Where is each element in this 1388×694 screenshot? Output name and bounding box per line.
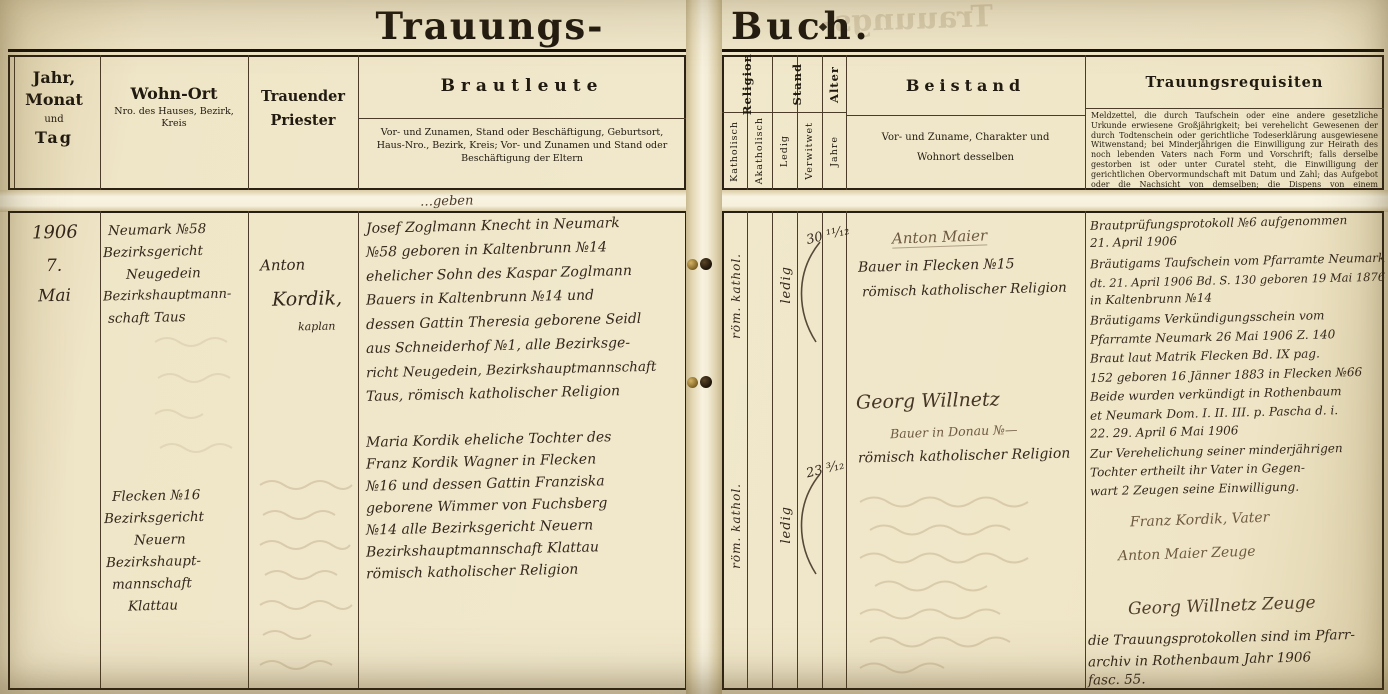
bride-line: römisch katholischer Religion (366, 562, 579, 583)
page-title-right: Buch. (731, 4, 872, 48)
header-alter: Alter (822, 57, 846, 112)
book-gutter (686, 0, 722, 694)
requisiten-line: et Neumark Dom. I. II. III. p. Pascha d.… (1090, 403, 1338, 423)
header-akatholisch: Akatholisch (747, 112, 772, 190)
beistand-subdivider (846, 115, 1085, 116)
brautleute-subdivider (358, 118, 686, 119)
pen-flourish (786, 468, 828, 580)
priest-name-line: kaplan (298, 320, 336, 334)
header-beistand-sub1: Vor- und Zuname, Charakter und (856, 132, 1075, 143)
requisiten-line: Zur Verehelichung seiner minderjährigen (1090, 441, 1343, 461)
witness1-signature: Anton Maier (892, 226, 988, 248)
fastener-knob (687, 259, 698, 270)
header-brautleute-title: Brautleute (358, 76, 686, 96)
archive-note-line: fasc. 55. (1088, 671, 1146, 688)
residence-bride-line: Neuern (134, 531, 186, 548)
requisiten-line: 21. April 1906 (1090, 234, 1177, 250)
witness2-line: Bauer in Donau №— (890, 422, 1018, 441)
bride-line: Bezirkshauptmannschaft Klattau (366, 539, 599, 560)
column-divider (100, 211, 101, 688)
header-ledig: Ledig (772, 112, 797, 190)
residence-bride-line: mannschaft (112, 575, 192, 593)
groom-line: richt Neugedein, Bezirkshauptmannschaft (366, 359, 657, 382)
bride-line: Franz Kordik Wagner in Flecken (366, 451, 596, 472)
priest-name-line: Kordik, (272, 287, 342, 311)
requisiten-line: Tochter ertheilt ihr Vater in Gegen- (1090, 461, 1305, 480)
residence-groom-line: schaft Taus (108, 309, 186, 327)
column-divider (846, 211, 847, 688)
fastener-knob (687, 377, 698, 388)
binding-fastener (687, 376, 713, 388)
requisiten-line: Bräutigams Taufschein vom Pfarramte Neum… (1090, 251, 1386, 272)
groom-line: aus Schneiderhof №1, alle Bezirksge- (366, 335, 630, 357)
priest-name-line: Anton (260, 255, 306, 274)
bleedthrough-texture (255, 470, 355, 680)
requisiten-line: wart 2 Zeugen seine Einwilligung. (1090, 480, 1299, 499)
witness2-signature: Georg Willnetz (856, 388, 1000, 413)
bleedthrough-texture (150, 330, 240, 460)
groom-line: Taus, römisch katholischer Religion (366, 383, 620, 405)
residence-bride-line: Bezirksgericht (104, 509, 204, 527)
witness1-line: Bauer in Flecken №15 (858, 256, 1015, 276)
bride-line: Maria Kordik eheliche Tochter des (366, 429, 612, 451)
residence-groom-line: Neugedein (126, 265, 201, 283)
header-requisiten-title: Trauungsrequisiten (1085, 74, 1384, 91)
pen-flourish (786, 236, 828, 348)
body-bottom-border-right (722, 688, 1384, 690)
header-beistand-title: Beistand (846, 76, 1085, 95)
header-priester-1: Trauender (248, 88, 358, 105)
requisiten-line: dt. 21. April 1906 Bd. S. 130 geboren 19… (1090, 270, 1385, 291)
bleedthrough-texture (855, 490, 1075, 680)
header-stand: Stand (772, 57, 822, 112)
title-rule-right (722, 49, 1384, 52)
bride-line: №14 alle Bezirksgericht Neuern (366, 517, 594, 538)
header-verwitwet: Verwitwet (797, 112, 822, 190)
column-divider (358, 211, 359, 688)
header-beistand-sub2: Wohnort desselben (856, 152, 1075, 163)
requisiten-line: Brautprüfungsprotokoll №6 aufgenommen (1090, 213, 1348, 233)
groom-line: ehelicher Sohn des Kaspar Zoglmann (366, 263, 632, 285)
column-divider (248, 211, 249, 688)
header-requisiten-text: Meldzettel, die durch Taufschein oder ei… (1091, 111, 1378, 187)
requisiten-line: 152 geboren 16 Jänner 1883 in Flecken №6… (1090, 365, 1362, 385)
header-brautleute-sub: Vor- und Zunamen, Stand oder Beschäftigu… (368, 126, 676, 165)
header-monat: Monat (8, 90, 100, 109)
header-und: und (8, 114, 100, 125)
consent-signature-witness2: Georg Willnetz Zeuge (1128, 593, 1316, 620)
residence-groom-line: Bezirkshauptmann- (103, 287, 232, 305)
column-divider (1085, 211, 1086, 688)
header-jahre: Jahre (822, 112, 846, 190)
fastener-knob (700, 258, 712, 270)
groom-line: №58 geboren in Kaltenbrunn №14 (366, 239, 607, 260)
header-wohnort-sub: Nro. des Hauses, Bezirk, Kreis (104, 106, 244, 130)
requisiten-line: 22. 29. April 6 Mai 1906 (1090, 423, 1239, 440)
residence-bride-line: Flecken №16 (112, 487, 201, 505)
column-divider (772, 211, 773, 688)
header-religion: Religion (722, 57, 772, 112)
header-tag: Tag (8, 128, 100, 147)
residence-bride-line: Klattau (128, 597, 178, 614)
body-top-border-left (8, 211, 686, 213)
entry-year: 1906 (32, 221, 78, 243)
fastener-knob (700, 376, 712, 388)
requisiten-line: Bräutigams Verkündigungsschein vom (1090, 308, 1325, 327)
entry-day: 7. (46, 256, 63, 276)
entry-month: Mai (38, 286, 71, 307)
title-rule-left (8, 49, 686, 52)
archive-note-line: archiv in Rothenbaum Jahr 1906 (1088, 649, 1311, 670)
residence-groom-line: Neumark №58 (108, 221, 207, 239)
cutoff-fragment: …geben (420, 193, 474, 209)
requisiten-subdivider (1085, 108, 1384, 109)
bride-line: geborene Wimmer von Fuchsberg (366, 495, 608, 516)
header-katholisch: Katholisch (722, 112, 747, 190)
residence-bride-line: Bezirkshaupt- (106, 553, 201, 571)
page-edge-line (8, 211, 10, 690)
header-jahr: Jahr, (8, 68, 100, 87)
header-wohnort-title: Wohn-Ort (100, 84, 248, 103)
bride-religion: röm. kathol. (724, 468, 748, 584)
groom-religion: röm. kathol. (724, 238, 748, 354)
page-title-left: Trauungs- (300, 4, 680, 48)
consent-signature-witness1: Anton Maier Zeuge (1118, 544, 1256, 565)
groom-line: dessen Gattin Theresia geborene Seidl (366, 311, 642, 333)
requisiten-line: Braut laut Matrik Flecken Bd. IX pag. (1090, 346, 1320, 365)
witness1-line: römisch katholischer Religion (862, 280, 1067, 301)
bride-line: №16 und dessen Gattin Franziska (366, 473, 605, 494)
column-divider (100, 55, 101, 190)
binding-fastener (687, 258, 713, 270)
requisiten-line: Pfarramte Neumark 26 Mai 1906 Z. 140 (1090, 327, 1336, 347)
consent-signature-father: Franz Kordik, Vater (1130, 510, 1270, 531)
groom-line: Josef Zoglmann Knecht in Neumark (366, 215, 620, 237)
body-bottom-border-left (8, 688, 686, 690)
archive-note-line: die Trauungsprotokollen sind im Pfarr- (1088, 627, 1355, 649)
requisiten-line: Beide wurden verkündigt in Rothenbaum (1090, 384, 1342, 404)
residence-groom-line: Bezirksgericht (103, 243, 203, 261)
requisiten-line: in Kaltenbrunn №14 (1090, 291, 1212, 308)
witness2-line: römisch katholischer Religion (858, 446, 1071, 467)
groom-line: Bauers in Kaltenbrunn №14 und (366, 287, 594, 308)
header-priester-2: Priester (248, 112, 358, 129)
register-scan: Trauungs- Trauungs- Buch. Jahr, Monat un… (0, 0, 1388, 694)
